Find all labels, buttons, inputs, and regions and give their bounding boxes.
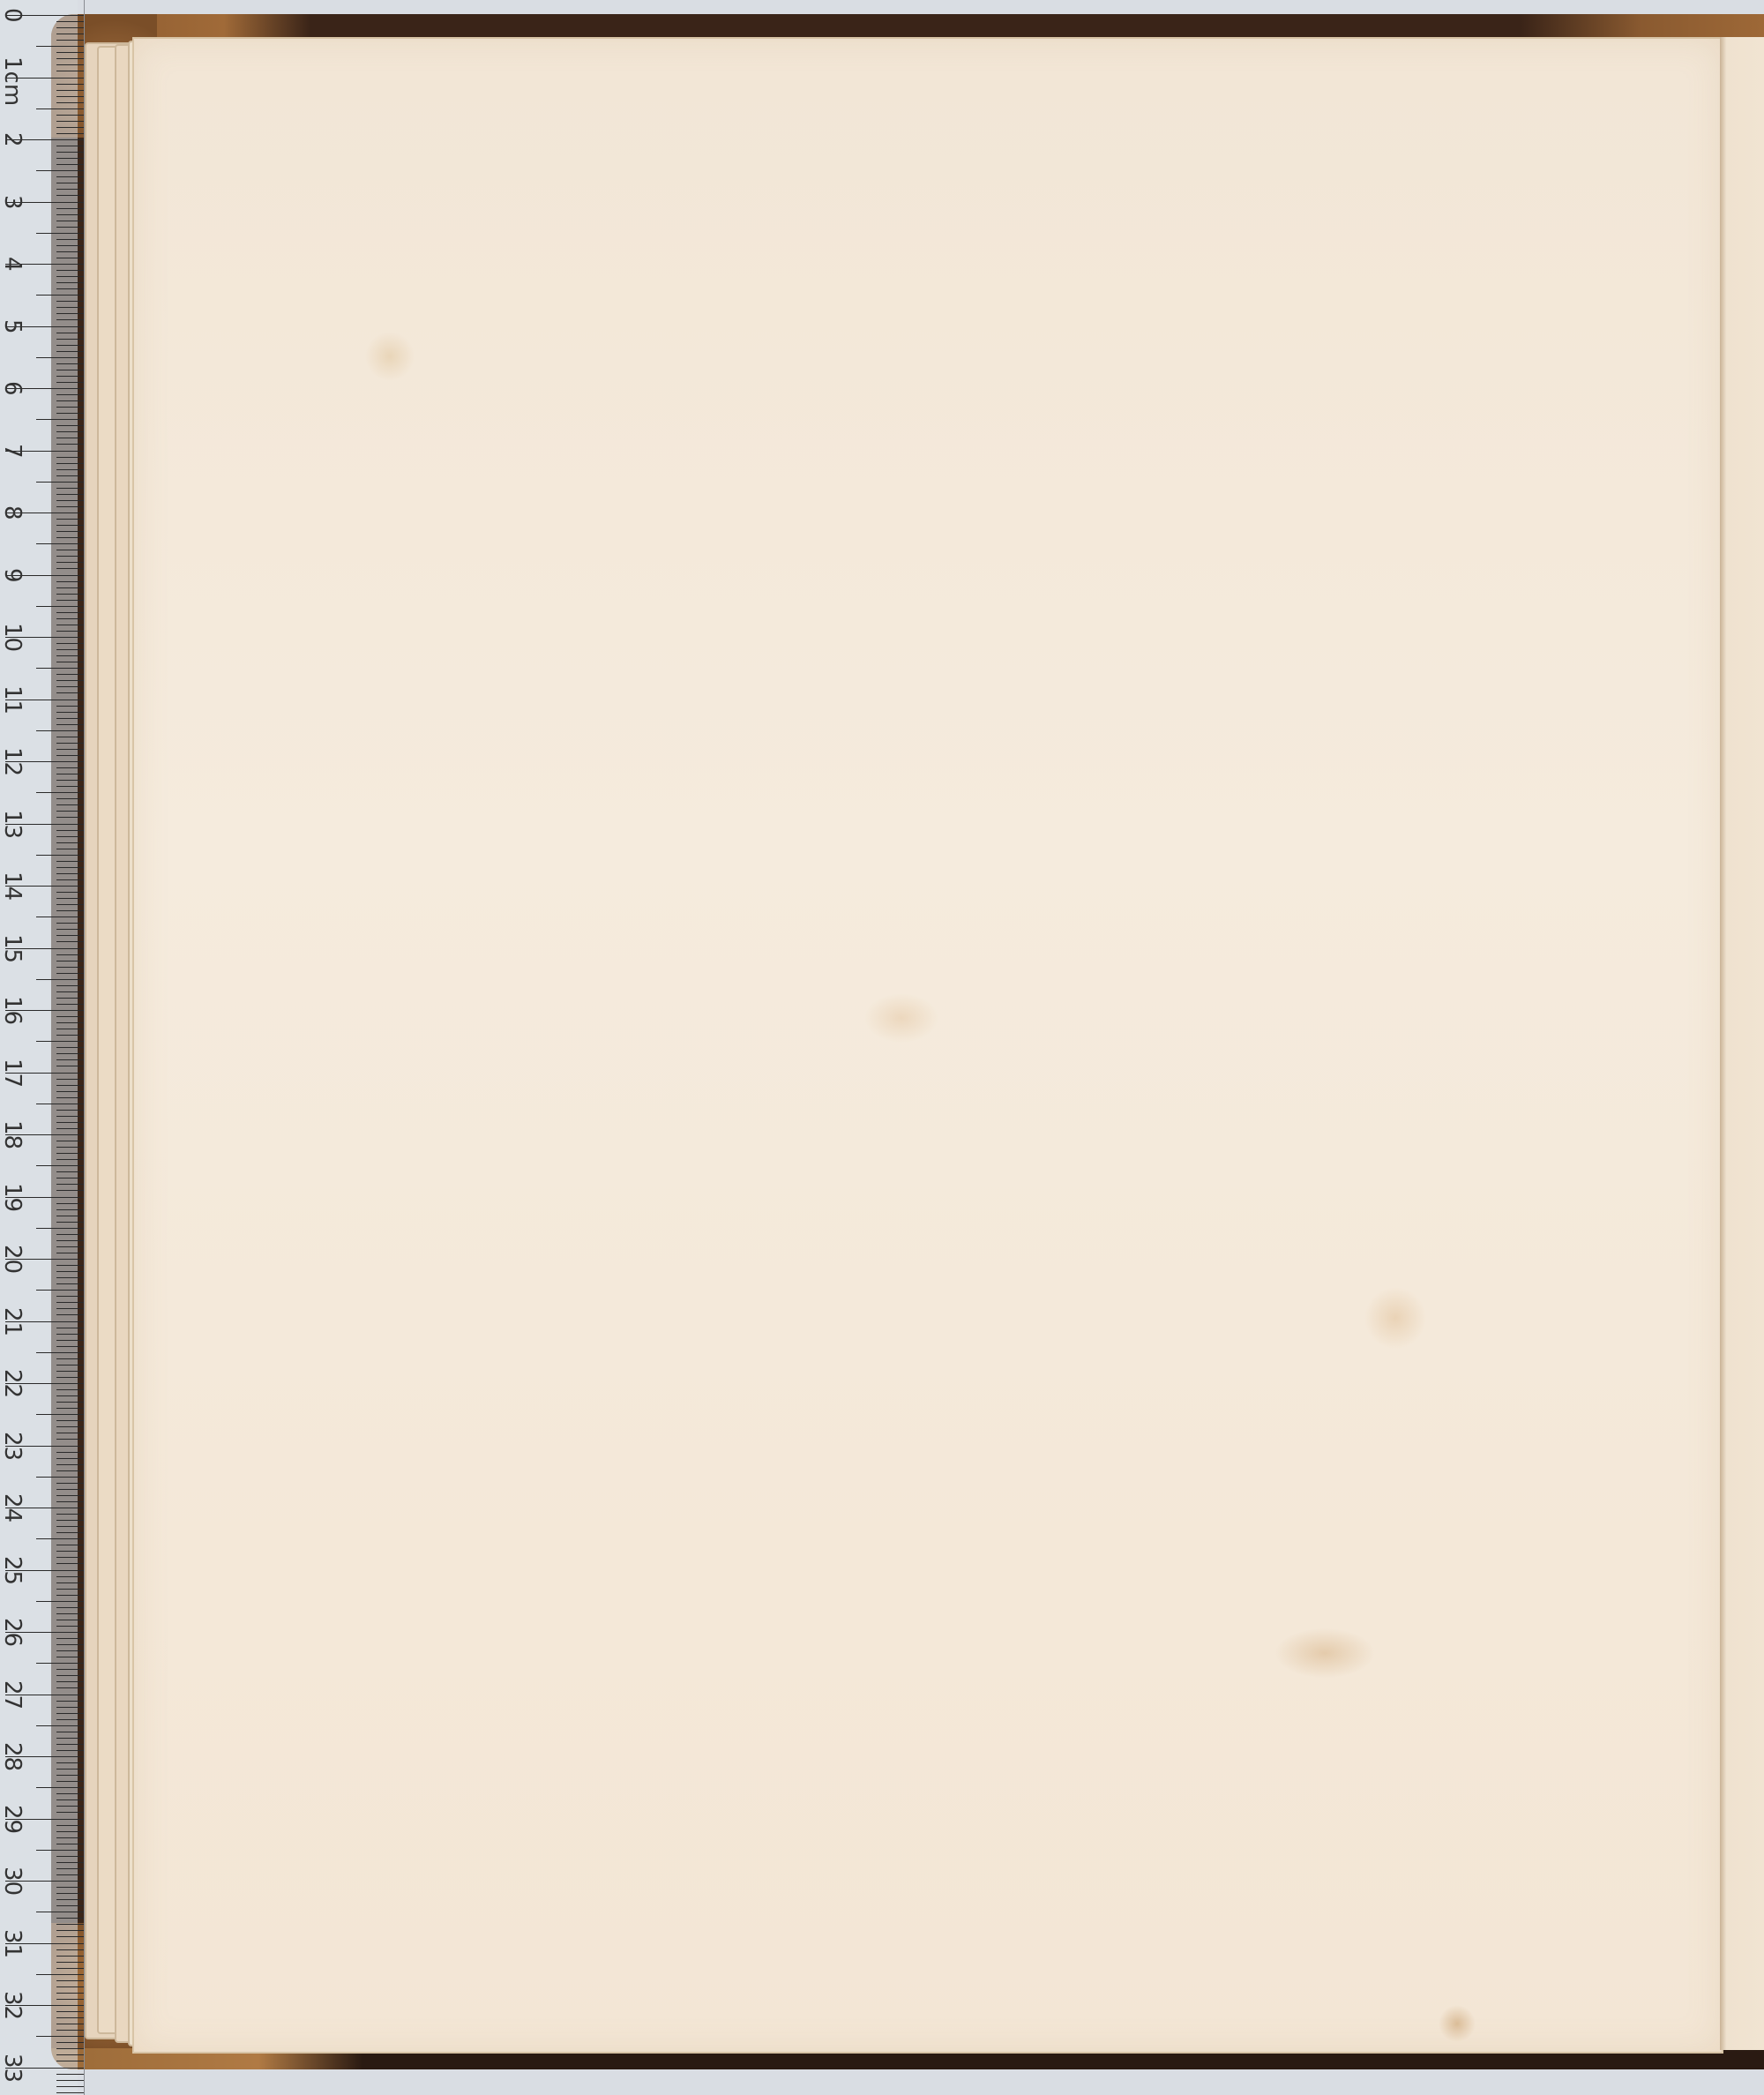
ruler-label: 15: [0, 934, 25, 962]
ruler-tick: [56, 457, 85, 458]
document-scan: 01cm234567891011121314151617181920212223…: [0, 0, 1764, 2095]
ruler-tick: [56, 1283, 85, 1284]
ruler-tick: [56, 2092, 85, 2093]
ruler-tick: [56, 2074, 85, 2075]
ruler-tick: [56, 991, 85, 992]
ruler-tick: [36, 855, 85, 856]
ruler-tick: [56, 1644, 85, 1645]
ruler-label: 33: [0, 2054, 25, 2082]
ruler-tick: [56, 537, 85, 538]
ruler-tick: [56, 1576, 85, 1577]
ruler-tick: [56, 2024, 85, 2024]
ruler-tick: [56, 618, 85, 619]
ruler-tick: [56, 961, 85, 961]
ruler-tick: [56, 1047, 85, 1048]
ruler-tick: [36, 295, 85, 296]
ruler-tick: [56, 1408, 85, 1409]
ruler-tick: [56, 1053, 85, 1054]
ruler-tick: [56, 1358, 85, 1359]
ruler-tick: [36, 1912, 85, 1912]
ruler-tick: [36, 170, 85, 171]
ruler-tick: [56, 811, 85, 812]
ruler-tick: [56, 724, 85, 725]
ruler-label: 18: [0, 1120, 25, 1149]
ruler-label: 22: [0, 1369, 25, 1397]
ruler-tick: [56, 910, 85, 911]
ruler-tick: [36, 792, 85, 793]
ruler-tick: [56, 1626, 85, 1627]
ruler-tick: [36, 1601, 85, 1602]
ruler-tick: [36, 1104, 85, 1104]
ruler-tick: [56, 904, 85, 905]
ruler-tick: [56, 407, 85, 408]
ruler-tick: [56, 1650, 85, 1651]
ruler-tick: [56, 1582, 85, 1583]
ruler-tick: [56, 1793, 85, 1794]
ruler-label: 26: [0, 1618, 25, 1646]
ruler-edge-line: [84, 0, 85, 2095]
ruler-tick: [36, 233, 85, 234]
ruler-tick: [56, 625, 85, 625]
ruler-label: 20: [0, 1245, 25, 1273]
ruler-tick: [56, 1501, 85, 1502]
ruler-tick: [56, 1340, 85, 1341]
facing-page-gutter: [1720, 37, 1764, 2050]
ruler-tick: [56, 836, 85, 837]
ruler-tick: [56, 1750, 85, 1751]
ruler-tick: [56, 1029, 85, 1029]
ruler-tick: [56, 2086, 85, 2087]
ruler-tick: [56, 1439, 85, 1440]
ruler-tick: [36, 1228, 85, 1229]
ruler-tick: [56, 550, 85, 550]
ruler-tick: [56, 1868, 85, 1869]
ruler-tick: [56, 239, 85, 240]
ruler-tick: [56, 1905, 85, 1906]
ruler-tick: [56, 1395, 85, 1396]
ruler-label: 0: [0, 8, 25, 22]
ruler-tick: [56, 1874, 85, 1875]
ruler-tick: [36, 1290, 85, 1291]
ruler-tick: [56, 58, 85, 59]
ruler-tick: [56, 1831, 85, 1832]
ruler-tick: [56, 214, 85, 215]
ruler-tick: [56, 1035, 85, 1036]
ruler-tick: [56, 1097, 85, 1098]
ruler-tick: [56, 998, 85, 999]
ruler-tick: [56, 1296, 85, 1297]
ruler-tick: [56, 382, 85, 383]
ruler-tick: [56, 712, 85, 713]
ruler-label: 5: [0, 319, 25, 333]
ruler-tick: [56, 1203, 85, 1204]
ruler-tick: [36, 482, 85, 483]
ruler-tick: [56, 898, 85, 899]
ruler-tick: [56, 1762, 85, 1763]
ruler-tick: [56, 1377, 85, 1378]
ruler-tick: [56, 1607, 85, 1608]
ruler-tick: [56, 1128, 85, 1129]
ruler-tick: [56, 686, 85, 687]
ruler-tick: [56, 1862, 85, 1863]
ruler-tick: [56, 1464, 85, 1465]
ruler-tick: [56, 438, 85, 438]
ruler-tick: [56, 1246, 85, 1247]
ruler-tick: [36, 543, 85, 544]
ruler-tick: [56, 1116, 85, 1117]
ruler-tick: [56, 587, 85, 588]
ruler-tick: [36, 1850, 85, 1851]
ruler-tick: [56, 1681, 85, 1682]
ruler-tick: [56, 1545, 85, 1545]
ruler-tick: [56, 1856, 85, 1857]
ruler-tick: [56, 121, 85, 122]
ruler-tick: [56, 1085, 85, 1086]
ruler-tick: [56, 2048, 85, 2049]
ruler-tick: [56, 2030, 85, 2031]
ruler-tick: [56, 562, 85, 563]
ruler-tick: [56, 152, 85, 153]
ruler-tick: [56, 755, 85, 756]
ruler-tick: [56, 2042, 85, 2043]
ruler-tick: [56, 1936, 85, 1937]
ruler-tick: [56, 1732, 85, 1732]
ruler-tick: [56, 1271, 85, 1272]
ruler-tick: [56, 568, 85, 569]
ruler-tick: [56, 506, 85, 507]
ruler-tick: [56, 64, 85, 65]
ruler-label: 23: [0, 1432, 25, 1460]
ruler-tick: [56, 1799, 85, 1800]
ruler-tick: [56, 1153, 85, 1154]
ruler-tick: [56, 774, 85, 774]
ruler-tick: [56, 674, 85, 675]
ruler-tick: [36, 2036, 85, 2037]
ruler-tick: [56, 1334, 85, 1335]
ruler-label: 4: [0, 257, 25, 271]
ruler-tick: [36, 917, 85, 917]
ruler-tick: [56, 1719, 85, 1720]
ruler-tick: [56, 1775, 85, 1776]
ruler-label: 8: [0, 505, 25, 520]
ruler-tick: [56, 929, 85, 930]
ruler-tick: [56, 1589, 85, 1590]
ruler-tick: [56, 1980, 85, 1981]
ruler-tick: [56, 1551, 85, 1552]
ruler-tick: [56, 861, 85, 862]
ruler-tick: [56, 1825, 85, 1826]
ruler-tick: [56, 798, 85, 799]
ruler-label: 2: [0, 132, 25, 146]
ruler-tick: [56, 2011, 85, 2012]
ruler-label: 14: [0, 872, 25, 900]
ruler-tick: [56, 1930, 85, 1931]
ruler-tick: [56, 413, 85, 414]
ruler-tick: [56, 2061, 85, 2061]
ruler-tick: [56, 1420, 85, 1421]
ruler-tick: [56, 34, 85, 34]
ruler-tick: [56, 1016, 85, 1017]
ruler-tick: [56, 737, 85, 737]
ruler-label: 24: [0, 1493, 25, 1522]
ruler-tick: [56, 849, 85, 849]
ruler-tick: [56, 525, 85, 526]
ruler-label: 25: [0, 1556, 25, 1584]
ruler-tick: [56, 227, 85, 228]
ruler-tick: [56, 1091, 85, 1092]
ruler-tick: [36, 357, 85, 358]
ruler-tick: [56, 743, 85, 744]
ruler-tick: [56, 954, 85, 955]
ruler-tick: [56, 581, 85, 582]
ruler-tick: [56, 1563, 85, 1564]
ruler-tick: [56, 1122, 85, 1123]
ruler-tick: [56, 830, 85, 831]
ruler-tick: [56, 351, 85, 352]
ruler-tick: [56, 133, 85, 134]
ruler-tick: [56, 463, 85, 464]
ruler-tick: [56, 1806, 85, 1807]
ruler-tick: [36, 668, 85, 669]
ruler-tick: [56, 780, 85, 781]
ruler-tick: [56, 1389, 85, 1390]
ruler-tick: [56, 842, 85, 843]
ruler-tick: [36, 46, 85, 47]
ruler-tick: [56, 1209, 85, 1210]
ruler-tick: [56, 21, 85, 22]
ruler-tick: [36, 1352, 85, 1353]
ruler-tick: [56, 221, 85, 221]
ruler-tick: [56, 1365, 85, 1365]
ruler-tick: [56, 867, 85, 868]
ruler-tick: [56, 1216, 85, 1216]
ruler-tick: [56, 923, 85, 924]
ruler-tick: [56, 804, 85, 805]
ruler-tick: [56, 1744, 85, 1745]
ruler-tick: [56, 313, 85, 314]
ruler-tick: [56, 345, 85, 346]
ruler-tick: [56, 1371, 85, 1372]
ruler-tick: [56, 1079, 85, 1080]
ruler-tick: [56, 1302, 85, 1303]
ruler-label: 9: [0, 568, 25, 582]
ruler-tick: [36, 1041, 85, 1042]
ruler-tick: [56, 339, 85, 340]
ruler-tick: [56, 1812, 85, 1813]
ruler-label: 7: [0, 444, 25, 458]
ruler-tick: [56, 189, 85, 190]
ruler-tick: [56, 1968, 85, 1969]
ruler-tick: [56, 1110, 85, 1111]
ruler-tick: [56, 27, 85, 28]
ruler-tick: [56, 1781, 85, 1782]
ruler-tick: [56, 2080, 85, 2081]
ruler-tick: [36, 606, 85, 607]
ruler-tick: [56, 52, 85, 53]
ruler-tick: [56, 879, 85, 880]
ruler-label: 1cm: [0, 56, 25, 99]
ruler-tick: [56, 1918, 85, 1919]
ruler-tick: [56, 245, 85, 246]
ruler-tick: [56, 1495, 85, 1496]
ruler-tick: [56, 1314, 85, 1315]
ruler-tick: [56, 892, 85, 893]
ruler-tick: [56, 500, 85, 501]
ruler-label: 19: [0, 1183, 25, 1211]
ruler-tick: [56, 1022, 85, 1023]
ruler-tick: [56, 1738, 85, 1739]
ruler-tick: [36, 1725, 85, 1726]
ruler-tick: [56, 1141, 85, 1141]
ruler-label: 3: [0, 195, 25, 209]
ruler-tick: [56, 1669, 85, 1670]
ruler-tick: [56, 475, 85, 476]
ruler-label: 10: [0, 623, 25, 651]
ruler-tick: [56, 1887, 85, 1888]
ruler-tick: [56, 873, 85, 874]
ruler-tick: [56, 127, 85, 128]
ruler-tick: [56, 1222, 85, 1223]
ruler-tick: [36, 1663, 85, 1664]
ruler-tick: [56, 1489, 85, 1490]
ruler-tick: [56, 1426, 85, 1427]
ruler-tick: [36, 979, 85, 980]
ruler-tick: [56, 1557, 85, 1558]
ruler-tick: [36, 1974, 85, 1975]
ruler-tick: [56, 370, 85, 370]
ruler-tick: [56, 1452, 85, 1453]
ruler-tick: [56, 1458, 85, 1459]
ruler-tick: [56, 488, 85, 489]
ruler-tick: [56, 176, 85, 177]
ruler-tick: [56, 1066, 85, 1066]
ruler-tick: [56, 594, 85, 595]
ruler-tick: [56, 817, 85, 818]
ruler-label: 6: [0, 381, 25, 395]
ruler-label: 29: [0, 1805, 25, 1833]
ruler-tick: [56, 1999, 85, 2000]
ruler-tick: [56, 96, 85, 97]
ruler-tick: [56, 183, 85, 183]
ruler-tick: [56, 941, 85, 942]
ruler-tick: [56, 680, 85, 681]
ruler-tick: [56, 1687, 85, 1688]
ruler-tick: [56, 1346, 85, 1347]
ruler-tick: [56, 146, 85, 146]
ruler-label: 17: [0, 1059, 25, 1087]
ruler-tick: [56, 600, 85, 601]
ruler-tick: [56, 1713, 85, 1714]
ruler-tick: [56, 425, 85, 426]
ruler-label: 21: [0, 1307, 25, 1336]
ruler-tick: [56, 631, 85, 632]
ruler-tick: [56, 208, 85, 209]
ruler-tick: [56, 1701, 85, 1702]
ruler-tick: [36, 730, 85, 731]
ruler-tick: [56, 967, 85, 968]
ruler-label: 32: [0, 1991, 25, 2019]
ruler-tick: [56, 431, 85, 432]
ruler-label: 12: [0, 747, 25, 775]
ruler-tick: [56, 301, 85, 302]
ruler-tick: [56, 531, 85, 532]
ruler-tick: [56, 1844, 85, 1844]
measurement-ruler: 01cm234567891011121314151617181920212223…: [0, 0, 78, 2095]
ruler-tick: [56, 40, 85, 41]
ruler-tick: [56, 1613, 85, 1614]
ruler-tick: [56, 195, 85, 196]
ruler-tick: [56, 973, 85, 974]
ruler-tick: [56, 1004, 85, 1005]
ruler-tick: [56, 1899, 85, 1900]
ruler-label: 27: [0, 1680, 25, 1709]
ruler-tick: [56, 786, 85, 787]
ruler-tick: [56, 1532, 85, 1533]
ruler-tick: [56, 1837, 85, 1838]
ruler-tick: [56, 1520, 85, 1521]
ruler-label: 11: [0, 685, 25, 714]
ruler-tick: [56, 1433, 85, 1433]
ruler-tick: [56, 1893, 85, 1894]
ruler-tick: [56, 1707, 85, 1708]
ruler-tick: [56, 749, 85, 750]
ruler-label: 31: [0, 1929, 25, 1957]
ruler-tick: [56, 1059, 85, 1060]
ruler-tick: [56, 1171, 85, 1172]
ruler-tick: [36, 108, 85, 109]
ruler-tick: [56, 282, 85, 283]
ruler-tick: [56, 1265, 85, 1266]
ruler-tick: [56, 494, 85, 495]
ruler-tick: [56, 1240, 85, 1241]
ruler-tick: [56, 649, 85, 650]
ruler-tick: [56, 400, 85, 401]
ruler-tick: [56, 1184, 85, 1185]
ruler-tick: [56, 1526, 85, 1527]
ruler-tick: [56, 1277, 85, 1278]
ruler-tick: [56, 692, 85, 693]
ruler-tick: [56, 102, 85, 103]
ruler-tick: [56, 164, 85, 165]
ruler-tick: [56, 985, 85, 986]
ruler-tick: [56, 307, 85, 308]
ruler-tick: [56, 1595, 85, 1596]
ruler-tick: [56, 158, 85, 159]
ruler-tick: [56, 612, 85, 613]
ruler-tick: [56, 1147, 85, 1148]
ruler-label: 30: [0, 1867, 25, 1895]
ruler-tick: [56, 1956, 85, 1957]
ruler-tick: [56, 1769, 85, 1770]
ruler-tick: [56, 767, 85, 768]
ruler-label: 16: [0, 996, 25, 1024]
ruler-tick: [56, 1178, 85, 1178]
ruler-tick: [56, 288, 85, 289]
ruler-tick: [56, 1514, 85, 1515]
ruler-tick: [36, 1165, 85, 1166]
ruler-tick: [56, 71, 85, 71]
ruler-tick: [56, 1638, 85, 1639]
ruler-tick: [56, 556, 85, 557]
ruler-tick: [56, 1190, 85, 1191]
ruler-tick: [56, 376, 85, 377]
ruler-label: 28: [0, 1742, 25, 1770]
blank-page: [132, 37, 1723, 2054]
ruler-tick: [36, 1477, 85, 1478]
ruler-tick: [36, 1414, 85, 1415]
ruler-tick: [56, 1993, 85, 1994]
ruler-tick: [56, 935, 85, 936]
